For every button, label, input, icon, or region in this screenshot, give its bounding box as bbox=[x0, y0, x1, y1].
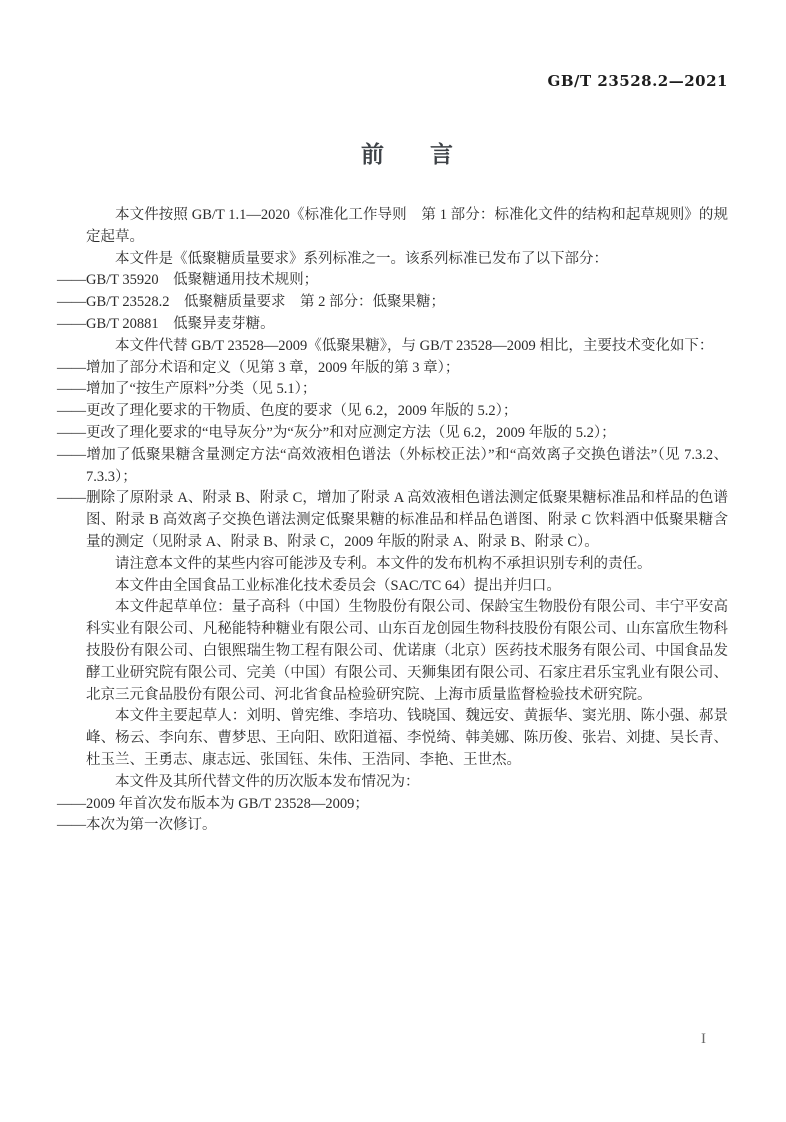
dash-item: ——2009 年首次发布版本为 GB/T 23528—2009； bbox=[86, 794, 728, 816]
paragraph: 本文件由全国食品工业标准化技术委员会（SAC/TC 64）提出并归口。 bbox=[86, 576, 728, 598]
paragraph: 本文件按照 GB/T 1.1—2020《标准化工作导则 第 1 部分：标准化文件… bbox=[86, 205, 728, 249]
foreword-body: 本文件按照 GB/T 1.1—2020《标准化工作导则 第 1 部分：标准化文件… bbox=[86, 205, 728, 837]
standard-code-header: GB/T 23528.2—2021 bbox=[548, 72, 728, 90]
paragraph: 请注意本文件的某些内容可能涉及专利。本文件的发布机构不承担识别专利的责任。 bbox=[86, 554, 728, 576]
paragraph: 本文件是《低聚糖质量要求》系列标准之一。该系列标准已发布了以下部分： bbox=[86, 249, 728, 271]
dash-item: ——GB/T 35920 低聚糖通用技术规则； bbox=[86, 270, 728, 292]
paragraph: 本文件主要起草人：刘明、曾宪维、李培功、钱晓国、魏远安、黄振华、窦光朋、陈小强、… bbox=[86, 706, 728, 771]
paragraph: 本文件代替 GB/T 23528—2009《低聚果糖》，与 GB/T 23528… bbox=[86, 336, 728, 358]
dash-item: ——增加了“按生产原料”分类（见 5.1）； bbox=[86, 379, 728, 401]
foreword-title: 前 言 bbox=[86, 136, 728, 169]
dash-item: ——更改了理化要求的干物质、色度的要求（见 6.2，2009 年版的 5.2）； bbox=[86, 401, 728, 423]
dash-item: ——删除了原附录 A、附录 B、附录 C，增加了附录 A 高效液相色谱法测定低聚… bbox=[86, 488, 728, 553]
paragraph: 本文件起草单位：量子高科（中国）生物股份有限公司、保龄宝生物股份有限公司、丰宁平… bbox=[86, 597, 728, 706]
document-page: GB/T 23528.2—2021 前 言 本文件按照 GB/T 1.1—202… bbox=[0, 0, 786, 1122]
dash-item: ——GB/T 20881 低聚异麦芽糖。 bbox=[86, 314, 728, 336]
dash-item: ——本次为第一次修订。 bbox=[86, 815, 728, 837]
dash-item: ——GB/T 23528.2 低聚糖质量要求 第 2 部分：低聚果糖； bbox=[86, 292, 728, 314]
dash-item: ——更改了理化要求的“电导灰分”为“灰分”和对应测定方法（见 6.2，2009 … bbox=[86, 423, 728, 445]
dash-item: ——增加了低聚果糖含量测定方法“高效液相色谱法（外标校正法）”和“高效离子交换色… bbox=[86, 445, 728, 489]
paragraph: 本文件及其所代替文件的历次版本发布情况为： bbox=[86, 772, 728, 794]
page-number: I bbox=[701, 1031, 706, 1048]
dash-item: ——增加了部分术语和定义（见第 3 章，2009 年版的第 3 章）； bbox=[86, 358, 728, 380]
